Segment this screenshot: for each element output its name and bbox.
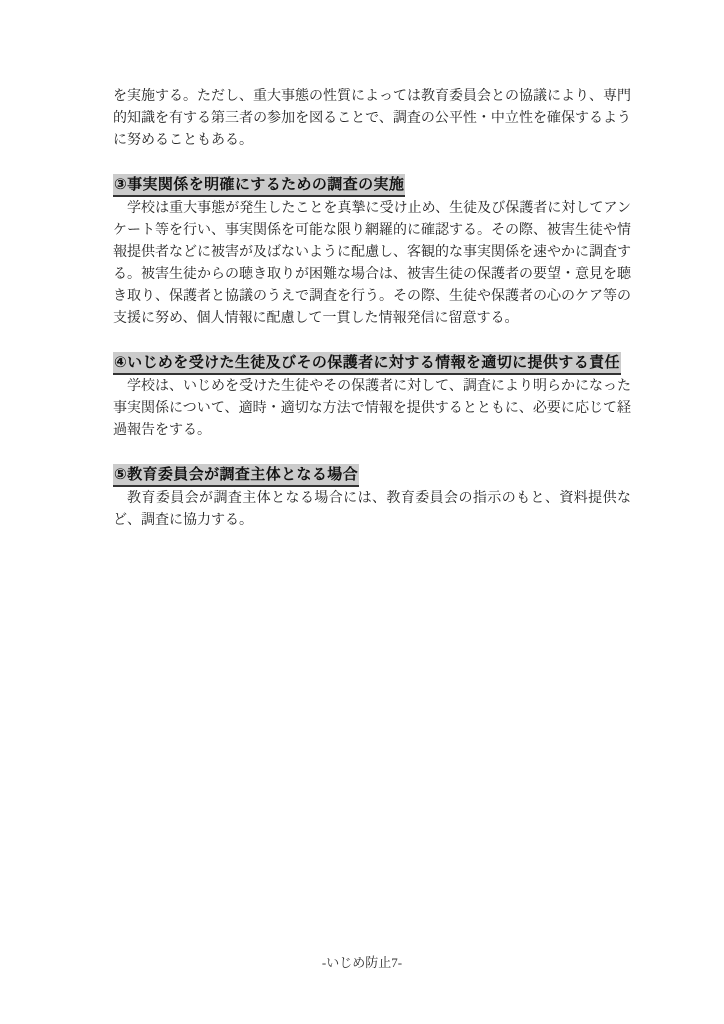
section-3-heading: ③事実関係を明確にするための調査の実施	[113, 174, 631, 197]
section-3-body: 学校は重大事態が発生したことを真摯に受け止め、生徒及び保護者に対してアンケート等…	[113, 198, 631, 330]
section-5-heading: ⑤教育委員会が調査主体となる場合	[113, 464, 631, 487]
section-5-heading-text: ⑤教育委員会が調査主体となる場合	[113, 464, 359, 487]
page-footer: -いじめ防止7-	[0, 954, 724, 972]
section-3: ③事実関係を明確にするための調査の実施 学校は重大事態が発生したことを真摯に受け…	[113, 174, 631, 330]
section-4-body: 学校は、いじめを受けた生徒やその保護者に対して、調査により明らかになった事実関係…	[113, 376, 631, 442]
section-4: ④いじめを受けた生徒及びその保護者に対する情報を適切に提供する責任 学校は、いじ…	[113, 352, 631, 442]
section-5-body: 教育委員会が調査主体となる場合には、教育委員会の指示のもと、資料提供など、調査に…	[113, 488, 631, 532]
section-4-heading: ④いじめを受けた生徒及びその保護者に対する情報を適切に提供する責任	[113, 352, 631, 375]
document-content: を実施する。ただし、重大事態の性質によっては教育委員会との協議により、専門的知識…	[113, 86, 631, 532]
section-3-heading-text: ③事実関係を明確にするための調査の実施	[113, 174, 405, 197]
section-5: ⑤教育委員会が調査主体となる場合 教育委員会が調査主体となる場合には、教育委員会…	[113, 464, 631, 532]
intro-paragraph: を実施する。ただし、重大事態の性質によっては教育委員会との協議により、専門的知識…	[113, 86, 631, 152]
section-4-heading-text: ④いじめを受けた生徒及びその保護者に対する情報を適切に提供する責任	[113, 352, 621, 375]
document-page: を実施する。ただし、重大事態の性質によっては教育委員会との協議により、専門的知識…	[0, 0, 724, 1024]
